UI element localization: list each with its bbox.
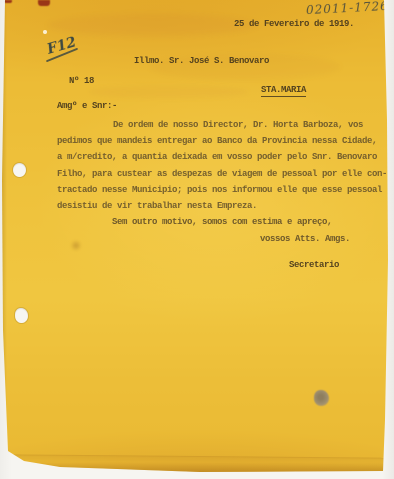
paper-speck xyxy=(43,30,47,34)
stain xyxy=(70,240,82,251)
paper-bottom-edge-shadow xyxy=(4,462,384,472)
letter-number: Nº 18 xyxy=(69,76,94,86)
archive-number-handwriting: 02011-1726 xyxy=(306,0,389,17)
ghost-text-smudge xyxy=(88,86,248,98)
punch-hole xyxy=(13,163,26,177)
place-text: STA.MARIA xyxy=(261,85,306,97)
addressee-line: Illmo. Sr. José S. Benovaro xyxy=(134,56,269,66)
salutation: Amgº e Snr:- xyxy=(57,101,117,111)
ghost-text-smudge xyxy=(48,14,258,36)
red-edge-mark xyxy=(38,0,50,6)
letter-paper: 02011-1726 25 de Fevereiro de 1919. F12 … xyxy=(0,0,394,479)
body-line: pedimos que mandeis entregar ao Banco da… xyxy=(57,133,379,149)
red-edge-mark xyxy=(4,0,12,3)
signoff-line: vossos Atts. Amgs. xyxy=(260,234,350,244)
scanned-letter-screenshot: { "document": { "archive_number": "02011… xyxy=(0,0,394,479)
place-line: STA.MARIA xyxy=(241,75,306,105)
body-line: tractado nesse Municipio; pois nos infor… xyxy=(57,182,379,198)
body-line: Filho, para custear as despezas de viage… xyxy=(57,166,379,182)
signature-title: Secretario xyxy=(289,260,339,270)
date-line: 25 de Fevereiro de 1919. xyxy=(234,19,354,29)
body-line: a m/credito, a quantia deixada em vosso … xyxy=(57,149,379,165)
paper-left-edge-shadow xyxy=(2,0,7,470)
body-line: De ordem de nosso Director, Dr. Horta Ba… xyxy=(57,117,379,133)
body-line: desistiu de vir trabalhar nesta Empreza. xyxy=(57,198,379,214)
closing-line: Sem outro motivo, somos com estima e apr… xyxy=(112,217,332,227)
stain xyxy=(314,390,329,406)
letter-body: De ordem de nosso Director, Dr. Horta Ba… xyxy=(57,117,379,214)
punch-hole xyxy=(15,308,28,323)
